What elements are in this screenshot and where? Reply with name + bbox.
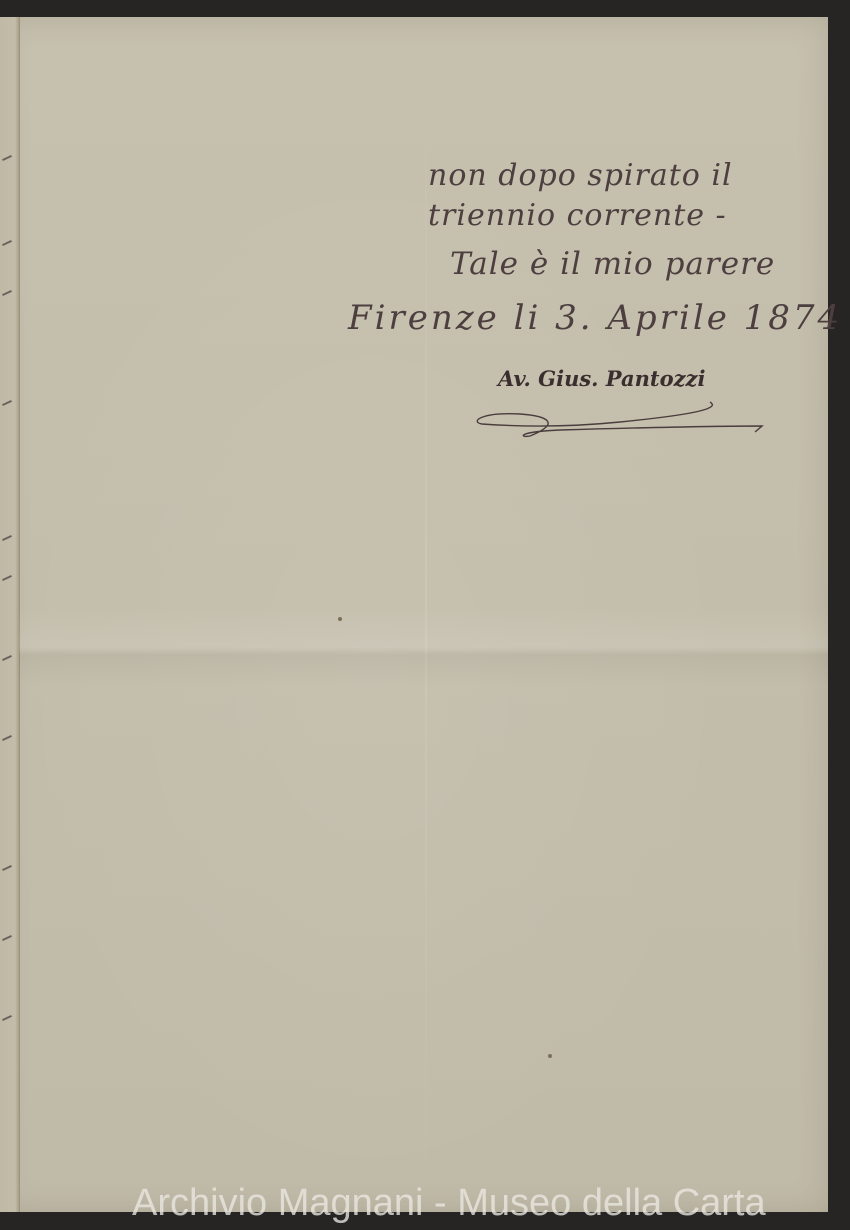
previous-page-edge: [0, 17, 20, 1212]
ink-mark: [2, 735, 12, 741]
foxing-spot: [548, 1054, 552, 1058]
ink-mark: [2, 400, 12, 406]
signature-flourish-icon: [470, 380, 780, 450]
ink-mark: [2, 155, 12, 161]
document-page: [0, 17, 828, 1212]
ink-mark: [2, 240, 12, 246]
ink-mark: [2, 1015, 12, 1021]
handwritten-line-2: triennio corrente -: [428, 198, 727, 233]
ink-mark: [2, 935, 12, 941]
place-date-line: Firenze li 3. Aprile 1874: [348, 298, 842, 338]
ink-mark: [2, 535, 12, 541]
archive-watermark: Archivio Magnani - Museo della Carta: [132, 1182, 766, 1225]
ink-mark: [2, 865, 12, 871]
ink-mark: [2, 290, 12, 296]
horizontal-fold: [19, 607, 828, 687]
handwritten-line-3: Tale è il mio parere: [450, 246, 775, 282]
handwritten-line-1: non dopo spirato il: [428, 158, 733, 193]
ink-mark: [2, 575, 12, 581]
ink-mark: [2, 655, 12, 661]
foxing-spot: [338, 617, 342, 621]
